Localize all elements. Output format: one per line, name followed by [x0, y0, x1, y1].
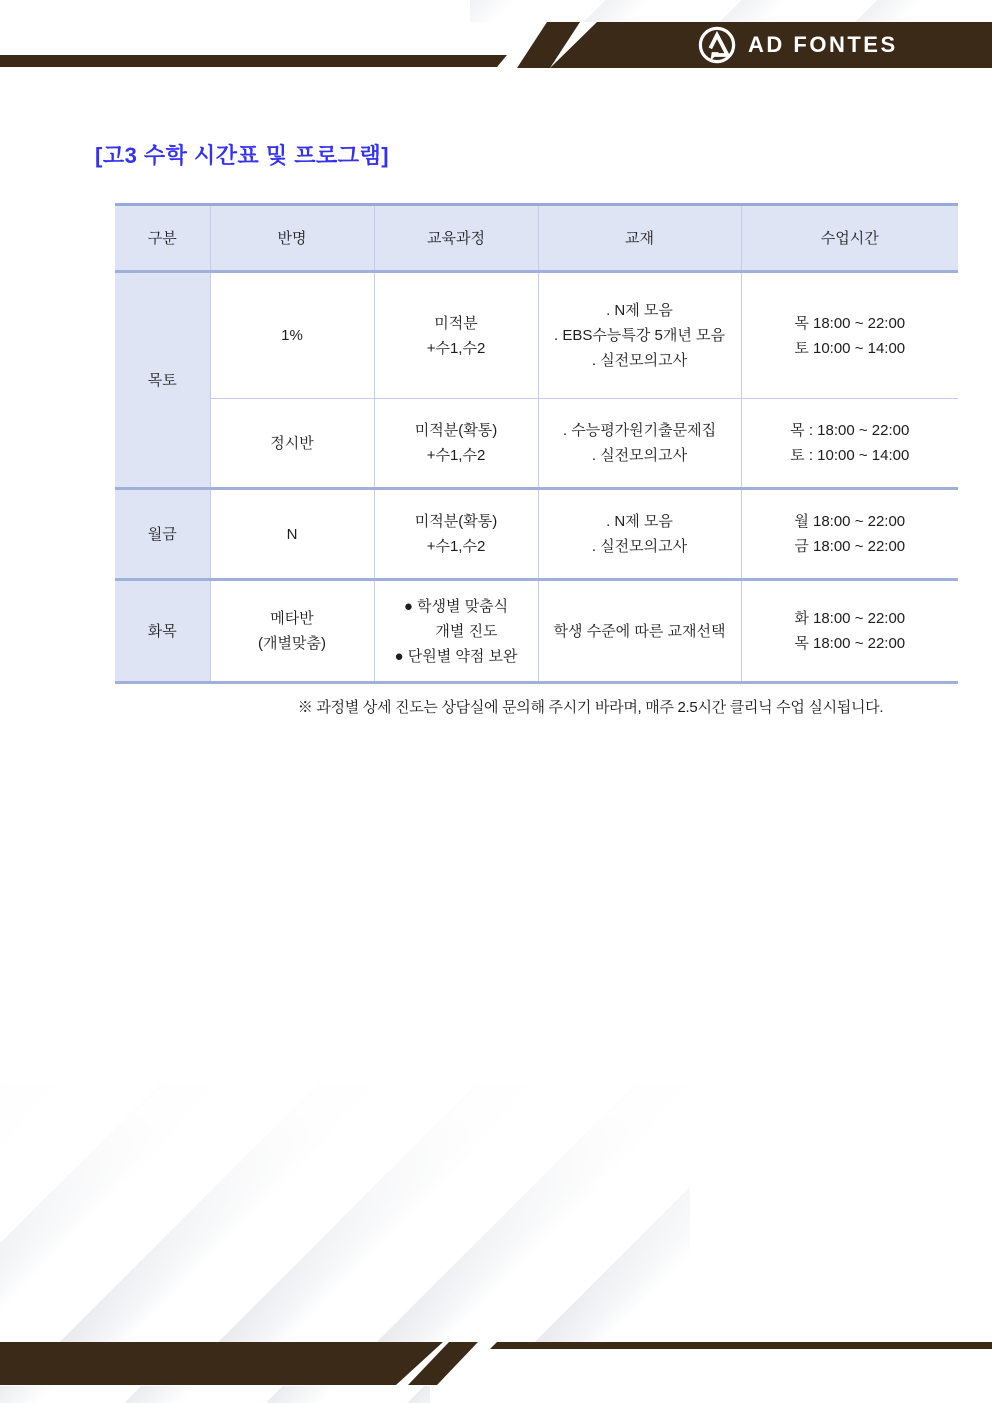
column-header-curriculum: 교육과정 [374, 205, 538, 272]
class-name-cell: N [210, 489, 374, 580]
brand-wordmark: AD FONTES [748, 32, 898, 58]
table-row: 화목 메타반 (개별맞춤) ● 학생별 맞춤식 개별 진도 ● 단원별 약점 보… [115, 580, 958, 683]
footer-brand-band [0, 1342, 443, 1385]
schedule-cell: 목 : 18:00 ~ 22:00 토 : 10:00 ~ 14:00 [741, 399, 958, 489]
group-cell: 화목 [115, 580, 210, 683]
curriculum-cell: 미적분(확통) +수1,수2 [374, 399, 538, 489]
column-header-class: 반명 [210, 205, 374, 272]
header-brand-band: AD FONTES [550, 22, 992, 68]
table-footnote: ※ 과정별 상세 진도는 상담실에 문의해 주시기 바라며, 매주 2.5시간 … [115, 696, 958, 717]
class-name-cell: 1% [210, 272, 374, 399]
header-row: 구분 반명 교육과정 교재 수업시간 [115, 205, 958, 272]
column-header-schedule: 수업시간 [741, 205, 958, 272]
header-thin-bar [0, 55, 507, 67]
brand-logo: AD FONTES [698, 26, 898, 64]
materials-cell: 학생 수준에 따른 교재선택 [538, 580, 741, 683]
diagonal-stripes-bottom-decoration [0, 1085, 690, 1342]
schedule-cell: 화 18:00 ~ 22:00 목 18:00 ~ 22:00 [741, 580, 958, 683]
timetable: 구분 반명 교육과정 교재 수업시간 목토 1% 미적분 +수1,수2 . N [115, 203, 958, 684]
diagonal-stripes-top-decoration [470, 0, 992, 22]
materials-cell: . 수능평가원기출문제집 . 실전모의고사 [538, 399, 741, 489]
group-cell: 목토 [115, 272, 210, 489]
diagonal-stripes-corner-decoration [0, 1386, 430, 1403]
column-header-group: 구분 [115, 205, 210, 272]
table-row: 월금 N 미적분(확통) +수1,수2 . N제 모음 . 실전모의고사 월 1… [115, 489, 958, 580]
class-name-cell: 정시반 [210, 399, 374, 489]
curriculum-cell: 미적분(확통) +수1,수2 [374, 489, 538, 580]
document-page: AD FONTES [고3 수학 시간표 및 프로그램] 구분 반명 교육과정 … [0, 0, 992, 1403]
class-name-cell: 메타반 (개별맞춤) [210, 580, 374, 683]
group-cell: 월금 [115, 489, 210, 580]
column-header-materials: 교재 [538, 205, 741, 272]
footer-thin-bar [490, 1342, 992, 1349]
curriculum-cell: 미적분 +수1,수2 [374, 272, 538, 399]
materials-cell: . N제 모음 . EBS수능특강 5개년 모음 . 실전모의고사 [538, 272, 741, 399]
ad-fontes-logo-icon [698, 26, 736, 64]
curriculum-cell: ● 학생별 맞춤식 개별 진도 ● 단원별 약점 보완 [374, 580, 538, 683]
timetable-wrapper: 구분 반명 교육과정 교재 수업시간 목토 1% 미적분 +수1,수2 . N [115, 203, 958, 684]
schedule-cell: 월 18:00 ~ 22:00 금 18:00 ~ 22:00 [741, 489, 958, 580]
schedule-cell: 목 18:00 ~ 22:00 토 10:00 ~ 14:00 [741, 272, 958, 399]
materials-cell: . N제 모음 . 실전모의고사 [538, 489, 741, 580]
table-row: 목토 1% 미적분 +수1,수2 . N제 모음 . EBS수능특강 5개년 모… [115, 272, 958, 399]
page-title: [고3 수학 시간표 및 프로그램] [95, 139, 389, 170]
table-row: 정시반 미적분(확통) +수1,수2 . 수능평가원기출문제집 . 실전모의고사… [115, 399, 958, 489]
